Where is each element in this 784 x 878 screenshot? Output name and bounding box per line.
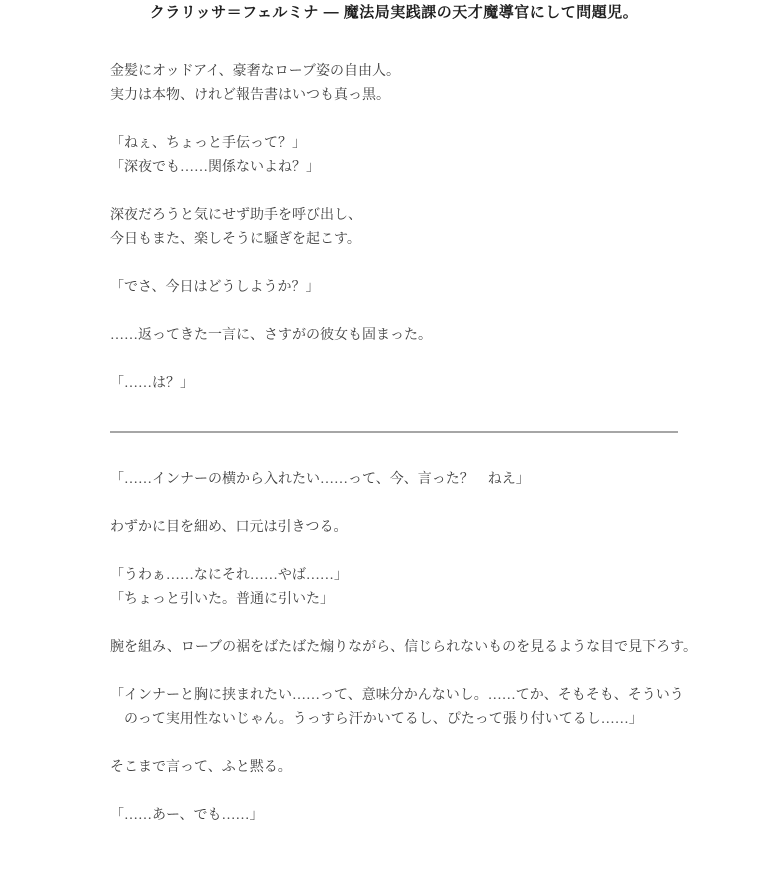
story-title: クラリッサ＝フェルミナ ― 魔法局実践課の天才魔導官にして問題児。 bbox=[110, 1, 678, 25]
text-line: ……返ってきた一言に、さすがの彼女も固まった。 bbox=[110, 324, 678, 348]
paragraph: 腕を組み、ローブの裾をばたばた煽りながら、信じられないものを見るような目で見下ろ… bbox=[110, 636, 678, 660]
paragraph: ……返ってきた一言に、さすがの彼女も固まった。 bbox=[110, 324, 678, 348]
text-line: 「インナーと胸に挟まれたい……って、意味分かんないし。……てか、そもそも、そうい… bbox=[110, 684, 678, 708]
document-page: クラリッサ＝フェルミナ ― 魔法局実践課の天才魔導官にして問題児。 金髪にオッド… bbox=[0, 0, 784, 878]
text-line: 「深夜でも……関係ないよね？」 bbox=[110, 156, 678, 180]
paragraph: 「……あー、でも……」 bbox=[110, 804, 678, 828]
paragraph: 金髪にオッドアイ、豪奢なローブ姿の自由人。 実力は本物、けれど報告書はいつも真っ… bbox=[110, 60, 678, 108]
text-line: 腕を組み、ローブの裾をばたばた煽りながら、信じられないものを見るような目で見下ろ… bbox=[110, 636, 678, 660]
paragraph: 「……インナーの横から入れたい……って、今、言った？ ねえ」 bbox=[110, 468, 678, 492]
text-line: そこまで言って、ふと黙る。 bbox=[110, 756, 678, 780]
paragraph: わずかに目を細め、口元は引きつる。 bbox=[110, 516, 678, 540]
text-line: 今日もまた、楽しそうに騒ぎを起こす。 bbox=[110, 228, 678, 252]
paragraph: 「……は？」 bbox=[110, 372, 678, 396]
text-line: 「ねぇ、ちょっと手伝って？」 bbox=[110, 132, 678, 156]
paragraph: 「でさ、今日はどうしようか？」 bbox=[110, 276, 678, 300]
paragraph: 「ねぇ、ちょっと手伝って？」 「深夜でも……関係ないよね？」 bbox=[110, 132, 678, 180]
paragraph: 「インナーと胸に挟まれたい……って、意味分かんないし。……てか、そもそも、そうい… bbox=[110, 684, 678, 732]
text-line: 「でさ、今日はどうしようか？」 bbox=[110, 276, 678, 300]
text-line: わずかに目を細め、口元は引きつる。 bbox=[110, 516, 678, 540]
paragraph: 「うわぁ……なにそれ……やば……」 「ちょっと引いた。普通に引いた」 bbox=[110, 564, 678, 612]
text-line: 「ちょっと引いた。普通に引いた」 bbox=[110, 588, 678, 612]
text-line: 実力は本物、けれど報告書はいつも真っ黒。 bbox=[110, 84, 678, 108]
text-line: 「……は？」 bbox=[110, 372, 678, 396]
section-divider bbox=[110, 431, 678, 433]
paragraph: 深夜だろうと気にせず助手を呼び出し、 今日もまた、楽しそうに騒ぎを起こす。 bbox=[110, 204, 678, 252]
text-line: 「……あー、でも……」 bbox=[110, 804, 678, 828]
text-line: 金髪にオッドアイ、豪奢なローブ姿の自由人。 bbox=[110, 60, 678, 84]
text-line: 「うわぁ……なにそれ……やば……」 bbox=[110, 564, 678, 588]
paragraph: そこまで言って、ふと黙る。 bbox=[110, 756, 678, 780]
text-line: のって実用性ないじゃん。うっすら汗かいてるし、ぴたって張り付いてるし……」 bbox=[110, 708, 678, 732]
text-line: 深夜だろうと気にせず助手を呼び出し、 bbox=[110, 204, 678, 228]
text-line: 「……インナーの横から入れたい……って、今、言った？ ねえ」 bbox=[110, 468, 678, 492]
